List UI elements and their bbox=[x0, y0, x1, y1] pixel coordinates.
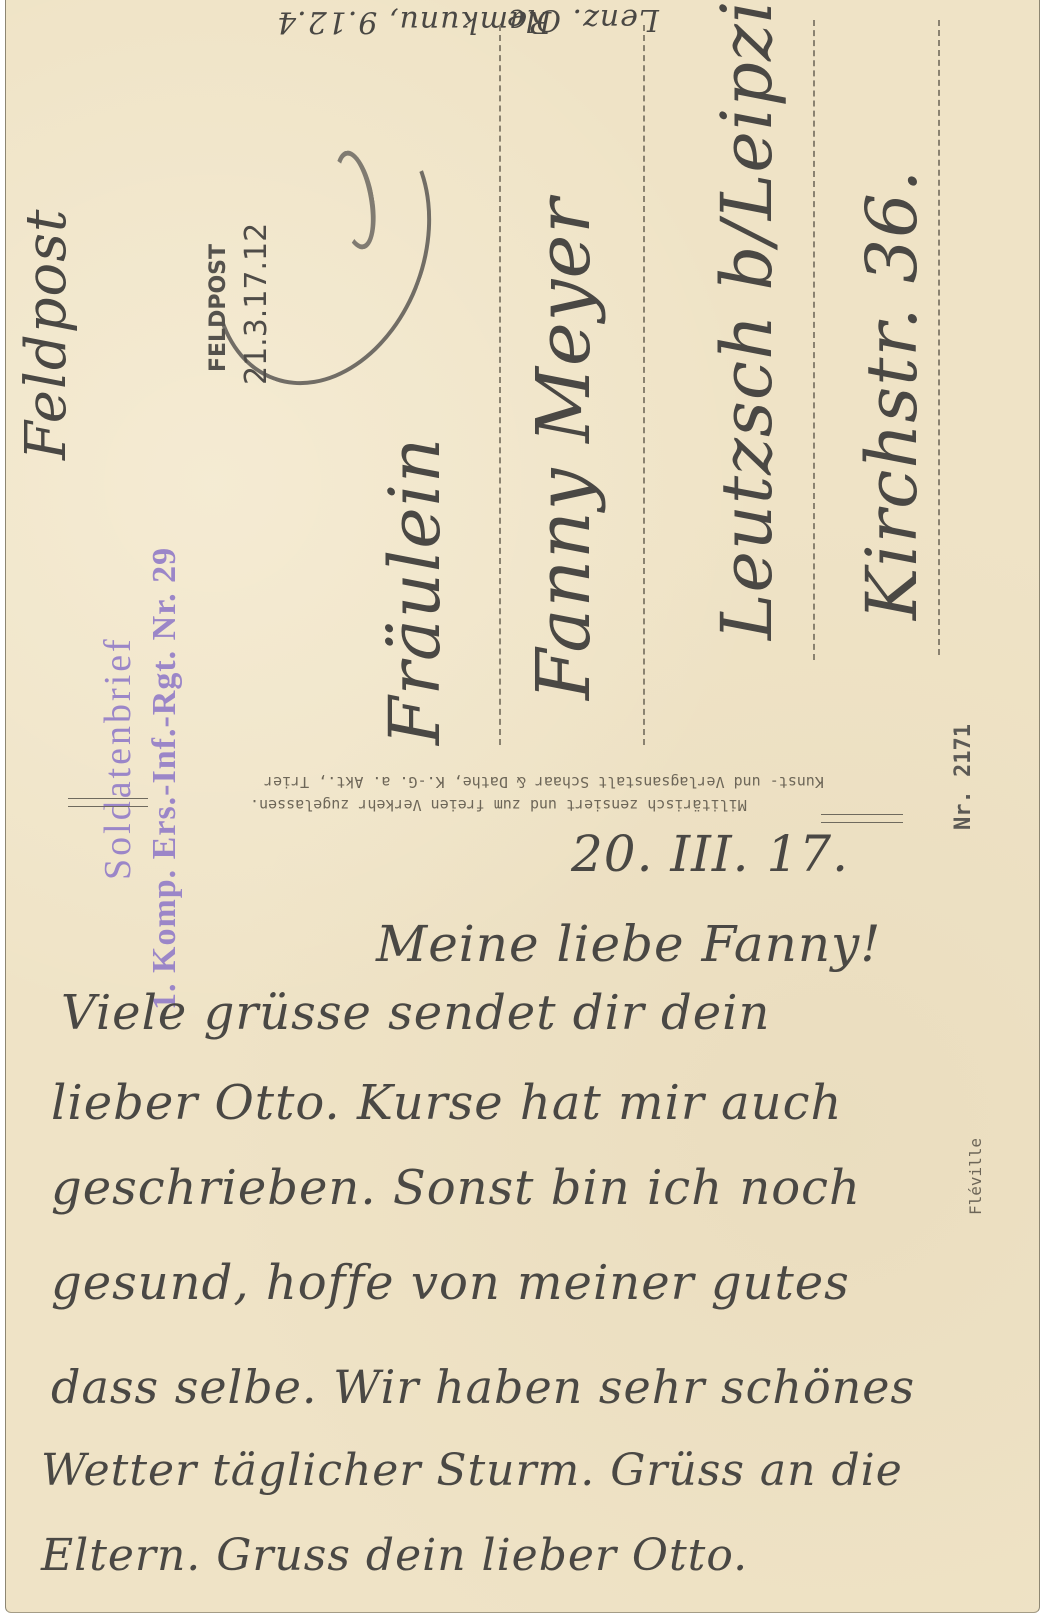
soldatenbrief-stamp: Soldatenbrief bbox=[96, 636, 140, 880]
print-rule-1 bbox=[821, 814, 903, 815]
letter-date: 20. III. 17. bbox=[571, 825, 849, 883]
top-edge-text-2: Lenz. Ole bbox=[506, 2, 659, 37]
place-name: Fléville bbox=[966, 1138, 985, 1215]
address-recipient-name: Fanny Meyer bbox=[521, 197, 607, 700]
address-street: Kirchstr. 36. bbox=[851, 169, 933, 620]
stamp-rule-1 bbox=[68, 798, 148, 799]
stamp-rule-2 bbox=[68, 806, 148, 807]
letter-line: geschrieben. Sonst bin ich noch bbox=[51, 1160, 861, 1216]
publisher-line: Kunst- und Verlagsanstalt Schaar & Dathe… bbox=[264, 773, 824, 791]
censor-line: Militärisch zensiert und zum freien Verk… bbox=[250, 796, 747, 814]
print-rule-2 bbox=[821, 822, 903, 823]
address-recipient-title: Fräulein bbox=[374, 437, 456, 745]
letter-line: Wetter täglicher Sturm. Grüss an die bbox=[41, 1445, 903, 1496]
postmark-text: FELDPOST bbox=[206, 244, 231, 372]
letter-line: dass selbe. Wir haben sehr schönes bbox=[51, 1360, 915, 1414]
feldpost-handwriting: Feldpost bbox=[14, 209, 79, 461]
letter-line: Eltern. Gruss dein lieber Otto. bbox=[41, 1530, 748, 1581]
postmark-date: 21.3.17.12 bbox=[239, 223, 274, 385]
letter-line: Viele grüsse sendet dir dein bbox=[61, 985, 770, 1041]
postcard: Ramkunu, 9.12.4 Lenz. Ole Feldpost 21.3.… bbox=[5, 0, 1040, 1613]
regiment-stamp: 1. Komp. Ers.-Inf.-Rgt. Nr. 29 bbox=[146, 547, 184, 1010]
letter-line: gesund, hoffe von meiner gutes bbox=[51, 1255, 850, 1311]
letter-line: lieber Otto. Kurse hat mir auch bbox=[51, 1075, 842, 1131]
address-line-3 bbox=[813, 20, 815, 660]
address-city: Leutzsch b/Leipzig bbox=[706, 0, 788, 640]
letter-salutation: Meine liebe Fanny! bbox=[376, 915, 881, 973]
address-line-4 bbox=[938, 20, 940, 655]
address-line-1 bbox=[499, 25, 501, 745]
card-number: Nr. 2171 bbox=[951, 724, 976, 830]
address-line-2 bbox=[643, 25, 645, 745]
